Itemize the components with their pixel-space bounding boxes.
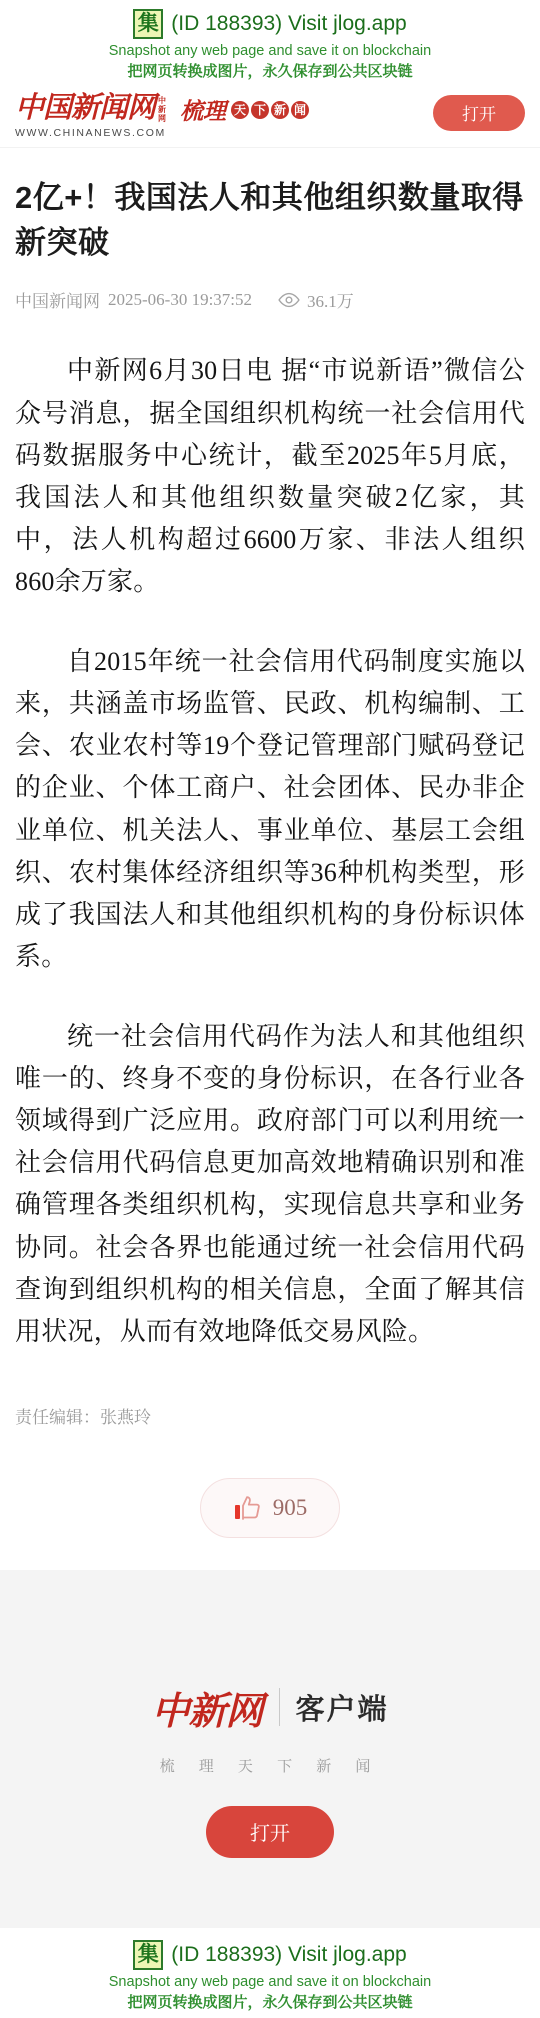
app-promo-footer: 中新网 客户端 梳 理 天 下 新 闻 打开	[0, 1570, 540, 1928]
article-paragraph: 中新网6月30日电 据“市说新语”微信公众号消息，据全国组织机构统一社会信用代码…	[15, 350, 525, 603]
article: 2亿+！我国法人和其他组织数量取得新突破 中国新闻网 2025-06-30 19…	[0, 148, 540, 1538]
article-paragraph: 自2015年统一社会信用代码制度实施以来，共涵盖市场监管、民政、机构编制、工会、…	[15, 641, 525, 978]
header-open-app-button[interactable]: 打开	[433, 95, 525, 131]
article-datetime: 2025-06-30 19:37:52	[108, 290, 252, 310]
promo-subtitle-zh: 把网页转换成图片，永久保存到公共区块链	[0, 60, 540, 81]
view-count-group: 36.1万	[278, 287, 354, 312]
promo-id-text: (ID 188393) Visit jlog.app	[171, 1943, 406, 1967]
slogan-circle: 新	[271, 101, 289, 119]
jlog-app-icon: 集	[133, 1940, 163, 1970]
footer-logo-divider	[279, 1688, 280, 1726]
bottom-promo-banner: 集 (ID 188393) Visit jlog.app Snapshot an…	[0, 1928, 540, 2018]
promo-subtitle-en: Snapshot any web page and save it on blo…	[0, 1974, 540, 1990]
article-paragraph: 统一社会信用代码作为法人和其他组织唯一的、终身不变的身份标识，在各行业各领域得到…	[15, 1016, 525, 1353]
top-promo-banner: 集 (ID 188393) Visit jlog.app Snapshot an…	[0, 0, 540, 87]
footer-open-app-button[interactable]: 打开	[206, 1806, 334, 1858]
site-header: 中国新闻网 中 新 网 WWW.CHINANEWS.COM 梳理 天 下 新 闻…	[0, 87, 540, 148]
like-button[interactable]: 905	[200, 1478, 341, 1538]
slogan-circle: 闻	[291, 101, 309, 119]
header-slogan-logo: 梳理 天 下 新 闻	[180, 93, 309, 126]
thumb-up-icon	[233, 1494, 263, 1522]
logo-side-char: 网	[158, 114, 166, 123]
slogan-circle: 天	[231, 101, 249, 119]
promo-subtitle-zh: 把网页转换成图片，永久保存到公共区块链	[0, 1991, 540, 2012]
slogan-prefix: 梳理	[180, 93, 226, 126]
promo-link[interactable]: 集 (ID 188393) Visit jlog.app	[0, 1940, 540, 1970]
slogan-circle: 下	[251, 101, 269, 119]
footer-chinanews-logo: 中新网	[151, 1680, 262, 1735]
chinanews-logo[interactable]: 中国新闻网 中 新 网 WWW.CHINANEWS.COM	[15, 93, 166, 139]
article-meta: 中国新闻网 2025-06-30 19:37:52 36.1万	[15, 287, 525, 312]
logo-side-char: 中	[158, 96, 166, 105]
footer-app-label: 客户端	[296, 1687, 389, 1728]
like-button-wrap: 905	[15, 1478, 525, 1538]
view-count: 36.1万	[307, 287, 354, 312]
article-title: 2亿+！我国法人和其他组织数量取得新突破	[15, 176, 525, 266]
like-count: 905	[273, 1495, 308, 1521]
jlog-app-icon: 集	[133, 9, 163, 39]
footer-slogan: 梳 理 天 下 新 闻	[160, 1755, 381, 1776]
footer-logo-row: 中新网 客户端	[151, 1680, 388, 1735]
article-body: 中新网6月30日电 据“市说新语”微信公众号消息，据全国组织机构统一社会信用代码…	[15, 350, 525, 1352]
promo-id-text: (ID 188393) Visit jlog.app	[171, 12, 406, 36]
editor-line: 责任编辑：张燕玲	[15, 1403, 525, 1428]
promo-link[interactable]: 集 (ID 188393) Visit jlog.app	[0, 9, 540, 39]
article-source: 中国新闻网	[15, 287, 100, 312]
logo-side-char: 新	[158, 105, 166, 114]
promo-subtitle-en: Snapshot any web page and save it on blo…	[0, 43, 540, 59]
eye-icon	[278, 292, 300, 308]
chinanews-url: WWW.CHINANEWS.COM	[15, 127, 166, 139]
chinanews-logo-text: 中国新闻网	[15, 93, 155, 123]
chinanews-logo-side: 中 新 网	[158, 93, 166, 124]
